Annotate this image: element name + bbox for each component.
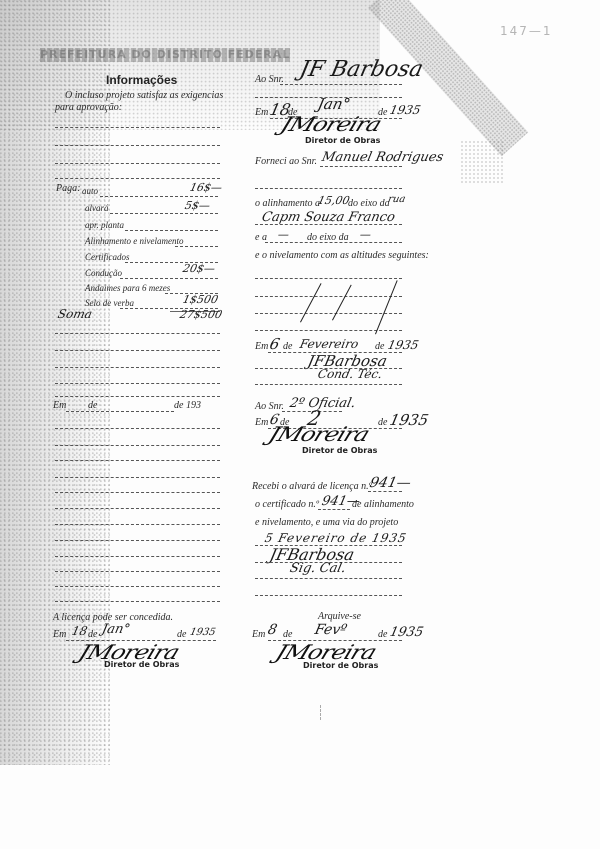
fee-label: Alinhamento e nivelamento [85, 236, 183, 246]
dash-stroke [375, 280, 398, 334]
date1-em: Em [255, 107, 268, 118]
blank-line [55, 508, 220, 509]
date1-month: Jan° [316, 95, 352, 113]
date1-signer-title: Diretor de Obras [305, 136, 380, 145]
fee-label: alvará [85, 203, 109, 213]
blank-line [55, 460, 220, 461]
receipt-line1-label: Recebi o alvará de licença n.º [252, 481, 372, 492]
license-date-day: 18 [71, 624, 89, 638]
supplied-line [320, 166, 402, 167]
date1-signature: JMoreira [277, 112, 384, 136]
date4-year: 1935 [388, 625, 424, 640]
blank-line [255, 595, 402, 596]
fee-line [120, 278, 218, 279]
blank-line [55, 428, 220, 429]
blank-line [55, 367, 220, 368]
date4-signer-title: Diretor de Obras [303, 661, 378, 670]
date1-year: 1935 [389, 103, 423, 117]
receipt-line2 [318, 509, 350, 510]
altitude-line [255, 278, 402, 279]
receipt-line1 [368, 491, 402, 492]
to-name: JF Barbosa [297, 57, 425, 82]
fee-label: Certificados [85, 252, 130, 262]
fees-label: Paga: [56, 183, 80, 194]
blank-line [55, 445, 220, 446]
axis-value: rua [387, 194, 407, 205]
alignment-value: 15,00 [317, 194, 351, 207]
blank-line [55, 586, 220, 587]
altitude-line [255, 296, 402, 297]
blank-line [55, 145, 220, 146]
fee-label: Condução [85, 268, 122, 278]
date4-de1: de [283, 629, 292, 640]
blank-date-de1: de [88, 400, 97, 411]
informacoes-heading: Informações [106, 73, 177, 87]
scanned-document-page: 147—1 PREFEITURA DO DISTRITO FEDERAL — D… [0, 0, 600, 849]
date3-year: 1935 [388, 411, 430, 429]
pencil-note: 147—1 [500, 24, 553, 38]
fee-value: 5$— [184, 199, 212, 212]
blank-line [55, 601, 220, 602]
to2-label: Ao Snr. [255, 401, 284, 412]
blank-line [255, 188, 402, 189]
license-date-de2: de [177, 629, 186, 640]
scan-mark [320, 705, 321, 720]
blank-line [255, 578, 402, 579]
dash-stroke [300, 283, 322, 322]
fee-value: 20$— [182, 262, 217, 275]
scan-noise-right [460, 140, 505, 185]
date3-signature: JMoreira [265, 422, 372, 446]
blank-line [55, 383, 220, 384]
date2-month: Fevereiro [299, 337, 360, 351]
blank-line [55, 350, 220, 351]
date2-de2: de [375, 341, 384, 352]
date3-de2: de [378, 417, 387, 428]
receipt-line2-suffix: de alinhamento [352, 499, 414, 510]
date4-day: 8 [266, 622, 278, 638]
fee-label: Andaimes para 6 mezes [85, 283, 170, 293]
alignment-label: o alinhamento a [255, 198, 320, 209]
receipt-license-no: 941— [368, 475, 412, 491]
blank-line [55, 163, 220, 164]
altitude-line [255, 313, 402, 314]
date3-signer-title: Diretor de Obras [302, 446, 377, 455]
blank-line [55, 396, 220, 397]
blank-line [55, 333, 220, 334]
blank-line [55, 540, 220, 541]
to-line [280, 84, 402, 85]
blank-date-de2: de 193 [174, 400, 201, 411]
supplied-name: Manuel Rodrigues [320, 150, 444, 165]
date2-day: 6 [268, 335, 281, 353]
receipt-line3: e nivelamento, e uma via do projeto [255, 517, 398, 528]
leveling-label: e o nivelamento com as altitudes seguint… [255, 250, 429, 261]
blank-line [55, 556, 220, 557]
fee-label: auto [82, 186, 98, 196]
total-value: 27$500 [179, 308, 224, 321]
receipt-signature-2: Sig. Cal. [288, 561, 347, 576]
blank-date-line [66, 411, 174, 412]
archive-label: Arquive-se [318, 611, 361, 622]
axis2-value: — [359, 228, 373, 241]
date2-year: 1935 [387, 338, 421, 352]
street-line [255, 224, 402, 225]
blank-line [55, 477, 220, 478]
date4-em: Em [252, 629, 265, 640]
date2-em: Em [255, 341, 268, 352]
license-date-year: 1935 [189, 627, 217, 638]
license-signer-title: Diretor de Obras [104, 660, 179, 669]
receipt-handwritten-date: 5 Fevereiro de 1935 [264, 531, 409, 545]
fee-value: 1$500 [182, 293, 220, 306]
date3-em: Em [255, 417, 268, 428]
blank-line [55, 571, 220, 572]
fee-value: 16$— [189, 181, 224, 194]
total-label: Soma [57, 307, 94, 321]
fee-line [110, 213, 218, 214]
blank-line [55, 492, 220, 493]
license-date-month: Jan° [100, 622, 131, 637]
axis-label: do eixo da [348, 198, 390, 209]
altitude-line [255, 330, 402, 331]
blank-line [55, 127, 220, 128]
fee-line [175, 246, 218, 247]
supplied-label: Forneci ao Snr. [255, 156, 317, 167]
date4-de2: de [378, 629, 387, 640]
blank-line [255, 384, 402, 385]
header-stamp: PREFEITURA DO DISTRITO FEDERAL — DIRETOR… [40, 48, 290, 62]
and-a-line [265, 242, 402, 243]
license-date-de1: de [88, 629, 97, 640]
intro-line-2: para aprovação: [55, 102, 122, 113]
date4-month: Fevº [313, 622, 348, 638]
receipt-line2-label: o certificado n.º [255, 499, 319, 510]
intro-line-1: O incluso projeto satisfaz as exigencias [65, 90, 223, 101]
fee-line [100, 196, 218, 197]
date2-signer-note: Cond. Téc. [317, 367, 384, 381]
blank-date-em: Em [53, 400, 66, 411]
fee-label: apr. planta [85, 220, 124, 230]
license-date-em: Em [53, 629, 66, 640]
dash-stroke [332, 285, 352, 321]
street-name: Capm Souza Franco [260, 210, 396, 225]
date2-de1: de [283, 341, 292, 352]
and-a-value: — [277, 228, 291, 241]
blank-line [55, 178, 220, 179]
blank-line [55, 524, 220, 525]
fee-line [125, 230, 218, 231]
